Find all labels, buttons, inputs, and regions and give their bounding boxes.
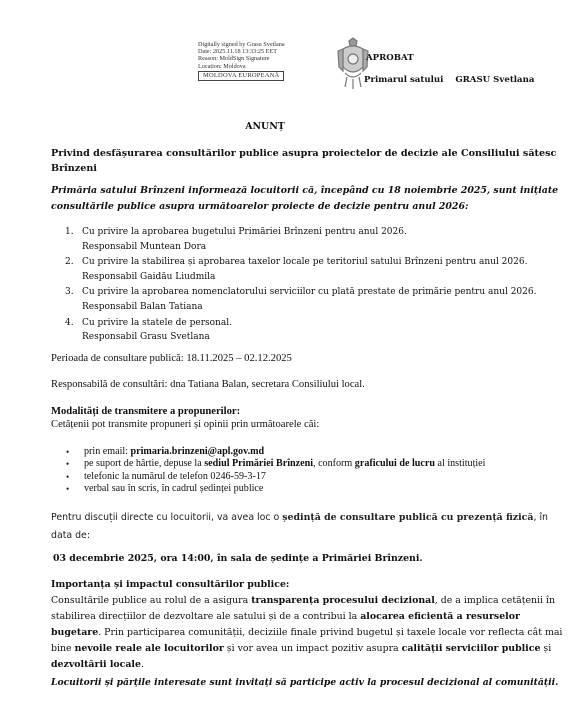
channel-text: pe suport de hârtie, depuse la [84,458,204,469]
signature-date: Date: 2025.11.18 13:33:25 EET [198,48,285,55]
title-text: ANUNȚ [245,121,285,132]
item-number: 1. [65,225,74,240]
project-responsible: Responsabil Gaidău Liudmila [82,270,565,285]
intro-paragraph: Primăria satului Brînzeni informează loc… [51,183,566,215]
meeting-paragraph: Pentru discuții directe cu locuitorii, v… [51,509,561,545]
channel-text: al instituției [435,458,485,469]
project-title: Cu privire la stabilirea și aprobarea ta… [82,255,565,270]
channel-text: , conform [313,458,355,469]
project-responsible: Responsabil Balan Tatiana [82,300,565,315]
project-title: Cu privire la aprobarea bugetului Primăr… [82,225,565,240]
item-number: 3. [65,285,74,300]
list-item: 3.Cu privire la aprobarea nomenclatorulu… [65,285,565,314]
signature-reason: Reason: MoldSign Signature [198,55,285,62]
list-item: 1.Cu privire la aprobarea bugetului Prim… [65,225,565,254]
channel-text: verbal sau în scris, în cadrul ședinței … [84,483,263,494]
projects-list: 1.Cu privire la aprobarea bugetului Prim… [65,225,565,346]
list-item: 2.Cu privire la stabilirea și aprobarea … [65,255,565,284]
email-link[interactable]: primaria.brinzeni@apl.gov.md [131,446,265,457]
meeting-text: Pentru discuții directe cu locuitorii, v… [51,512,282,523]
list-item: verbal sau în scris, în cadrul ședinței … [66,483,485,495]
channel-bold: sediul Primăriei Brînzeni [204,458,313,469]
subject-heading: Privind desfășurarea consultărilor publi… [51,146,561,176]
modalities-heading: Modalități de transmitere a propunerilor… [51,406,240,417]
project-responsible: Responsabil Grasu Svetlana [82,330,565,345]
modalities-subtitle: Cetățenii pot transmite propuneri și opi… [51,419,319,430]
item-number: 4. [65,316,74,331]
digital-signature-block: Digitally signed by Grasu Svetlana Date:… [198,41,285,81]
item-number: 2. [65,255,74,270]
approved-label: APROBAT [366,53,414,63]
project-title: Cu privire la statele de personal. [82,316,565,331]
meeting-date: 03 decembrie 2025, ora 14:00, în sala de… [53,553,423,564]
closing-statement: Locuitorii și părțile interesate sunt in… [51,677,570,688]
meeting-bold: ședință de consultare publică cu prezenț… [282,512,533,523]
page-title: ANUNȚ [0,121,570,132]
consultation-responsible: Responsabilă de consultări: dna Tatiana … [51,379,365,390]
list-item: 4.Cu privire la statele de personal.Resp… [65,316,565,345]
list-item: prin email: primaria.brinzeni@apl.gov.md [66,446,485,458]
channel-bold: graficului de lucru [355,458,435,469]
project-title: Cu privire la aprobarea nomenclatorului … [82,285,565,300]
channels-list: prin email: primaria.brinzeni@apl.gov.md… [66,446,485,496]
list-item: telefonic la numărul de telefon 0246-59-… [66,471,485,483]
importance-heading: Importanța și impactul consultărilor pub… [51,577,566,593]
importance-section: Importanța și impactul consultărilor pub… [51,577,566,672]
importance-body: Consultările publice au rolul de a asigu… [51,593,566,673]
consultation-period: Perioada de consultare publică: 18.11.20… [51,353,292,364]
channel-text: prin email: [84,446,131,457]
signature-location: Location: Moldova [198,63,285,70]
signature-signed-by: Digitally signed by Grasu Svetlana [198,41,285,48]
channel-text: telefonic la numărul de telefon 0246-59-… [84,471,266,482]
project-responsible: Responsabil Muntean Dora [82,240,565,255]
signature-stamp: MOLDOVA EUROPEANĂ [198,71,284,81]
mayor-line: Primarul satului GRASU Svetlana [364,75,534,85]
list-item: pe suport de hârtie, depuse la sediul Pr… [66,458,485,470]
